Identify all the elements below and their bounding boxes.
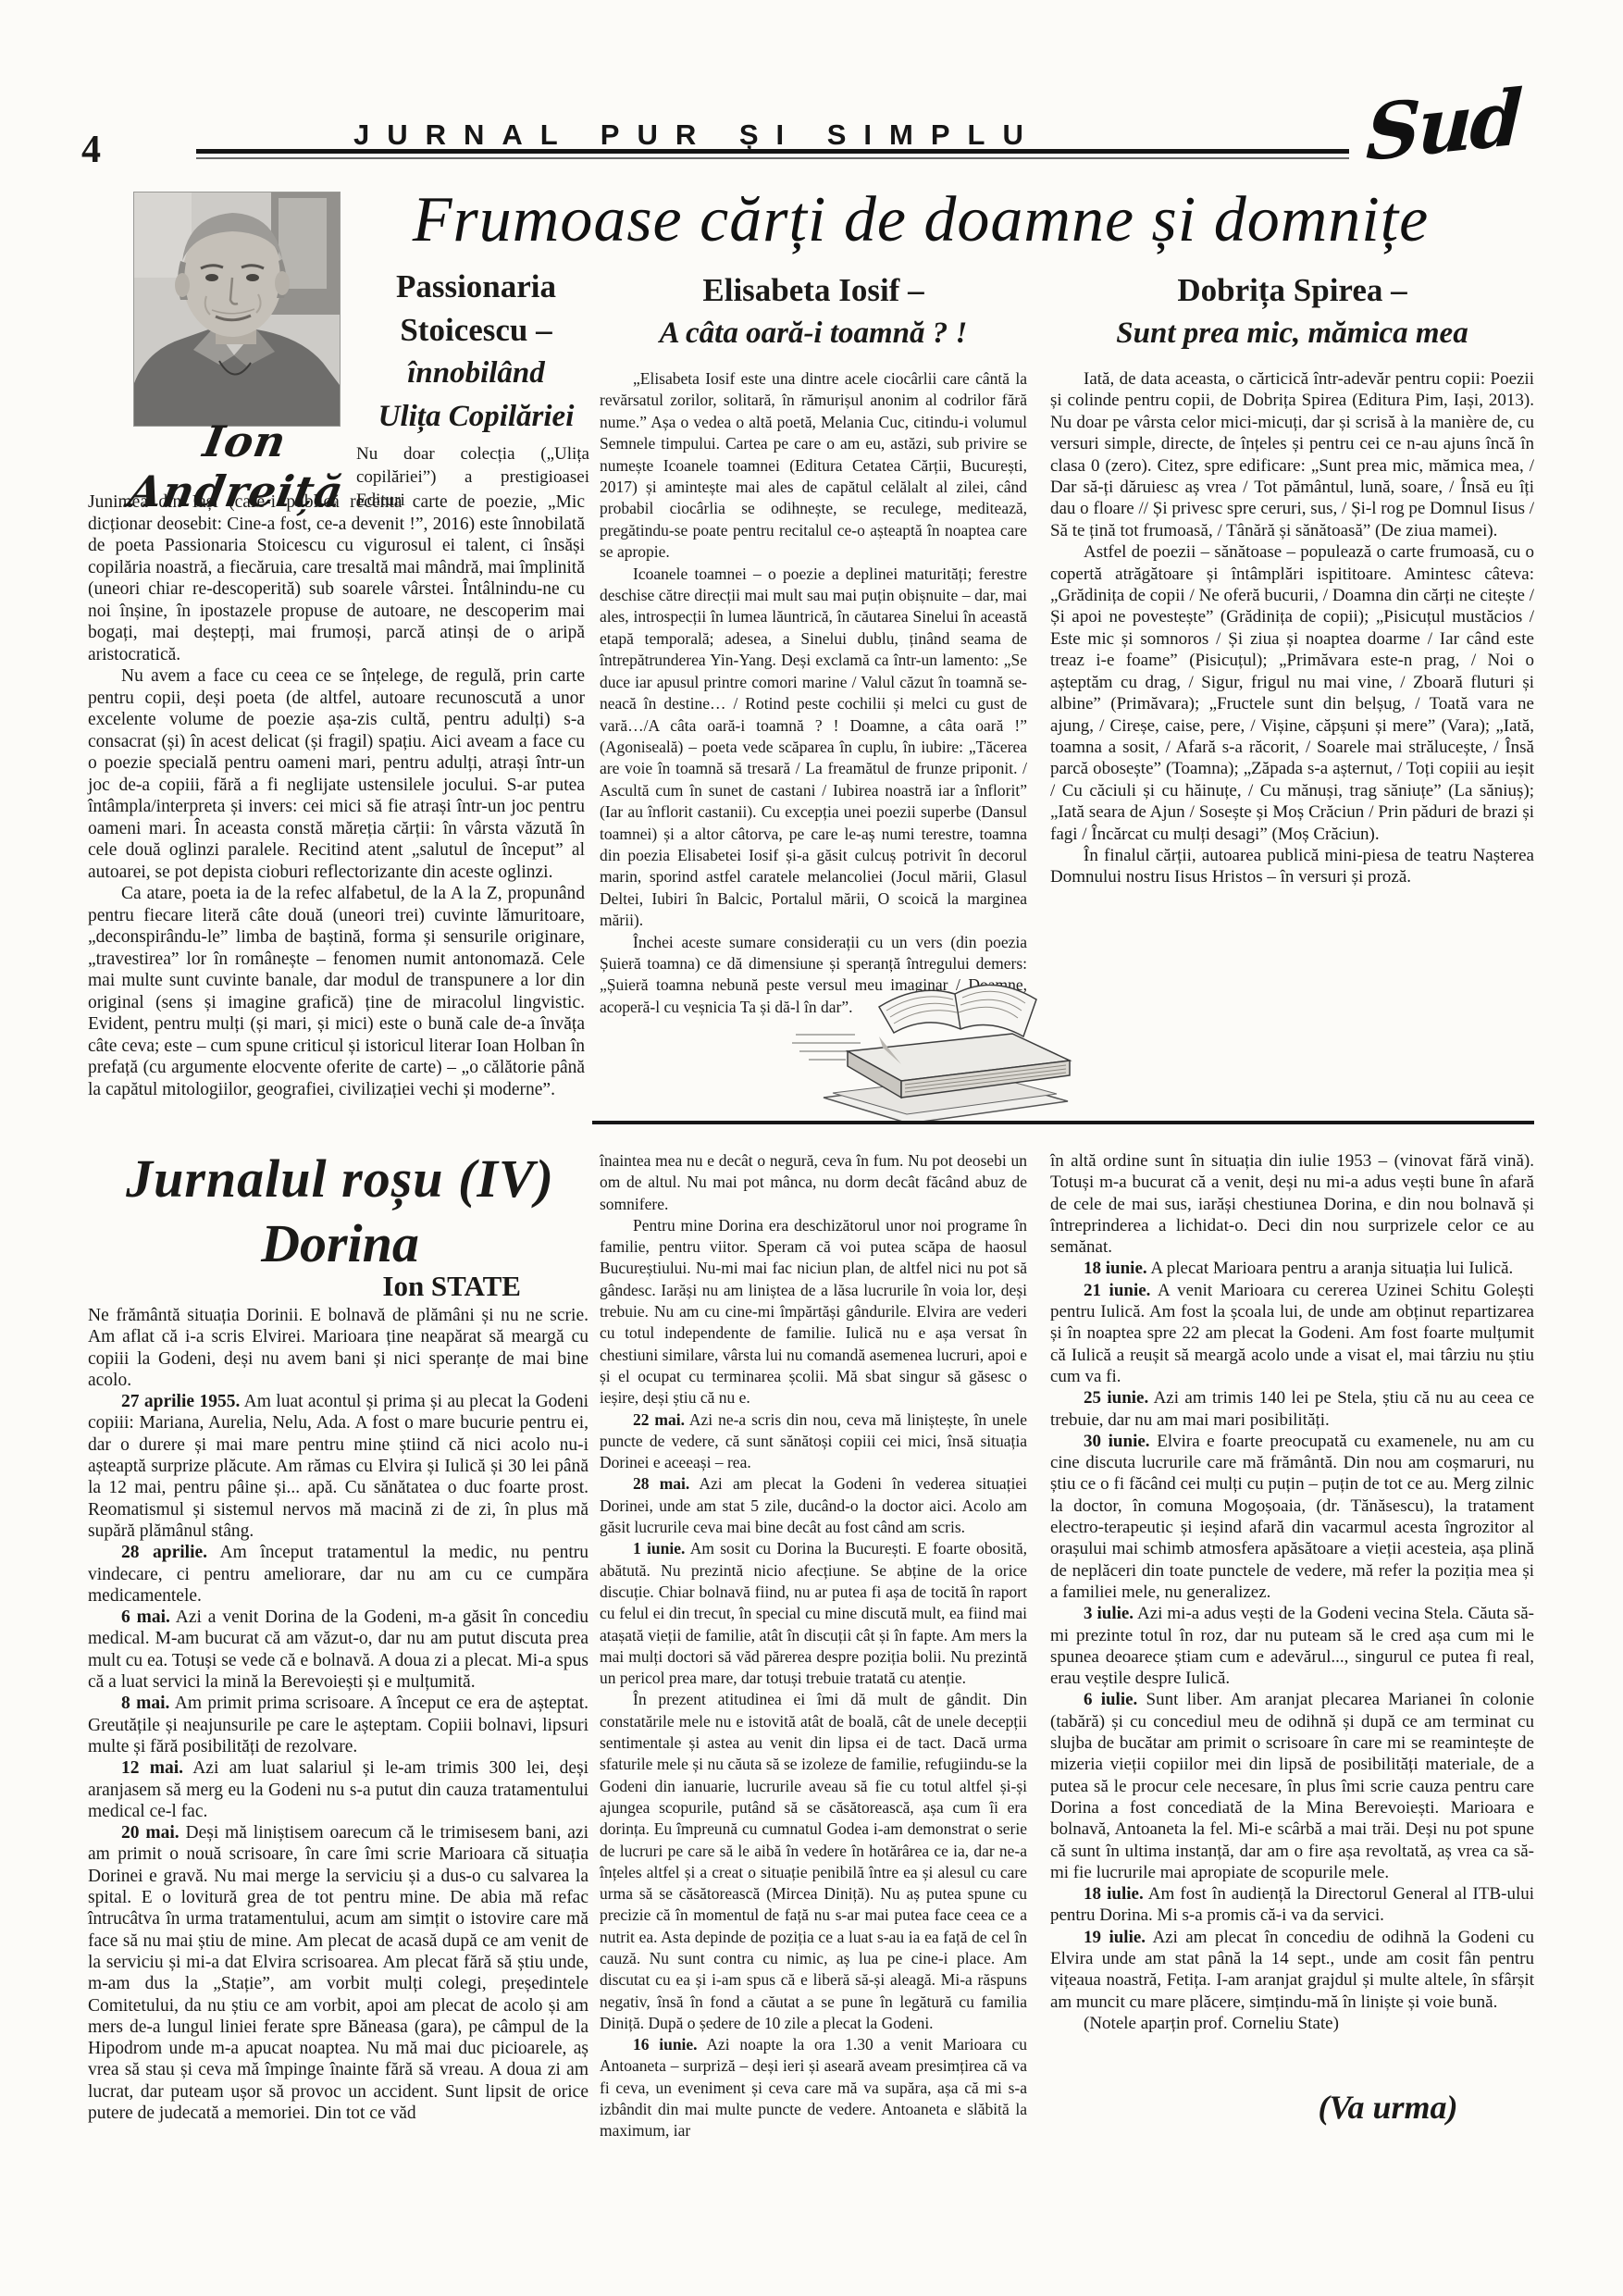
diary-entry: 6 mai. Azi a venit Dorina de la Godeni, … [88, 1607, 588, 1693]
diary-entry: 25 iunie. Azi am trimis 140 lei pe Stela… [1050, 1387, 1534, 1431]
review-2-body: „Elisabeta Iosif este una dintre acele c… [600, 368, 1027, 1018]
review-2-header: Elisabeta Iosif – A câta oară-i toamnă ?… [600, 268, 1027, 355]
author-photo [134, 192, 340, 426]
diary-entry: 30 iunie. Elvira e foarte preocupată cu … [1050, 1431, 1534, 1603]
diary-column-2: înaintea mea nu e decât o negură, ceva î… [600, 1150, 1027, 2142]
diary-entry: 22 mai. Azi ne-a scris din nou, ceva mă … [600, 1409, 1027, 1474]
review-1-title-line: Stoicescu – [344, 308, 608, 352]
diary-entry: 3 iulie. Azi mi-a adus vești de la Goden… [1050, 1603, 1534, 1689]
diary-date: 30 iunie. [1084, 1432, 1150, 1451]
diary-entry: 28 mai. Azi am plecat la Godeni în veder… [600, 1473, 1027, 1538]
footer-note: (Notele aparțin prof. Corneliu State) [1050, 2013, 1534, 2034]
diary-entry: 16 iunie. Azi noapte la ora 1.30 a venit… [600, 2034, 1027, 2141]
review-2-title: Elisabeta Iosif – [600, 268, 1027, 312]
diary-entry: 20 mai. Deși mă liniștisem oarecum că le… [88, 1822, 588, 2124]
diary-entry: 1 iunie. Am sosit cu Dorina la București… [600, 1538, 1027, 1689]
diary-date: 6 mai. [121, 1607, 170, 1627]
diary-byline: Ion STATE [88, 1270, 521, 1303]
article-paragraph: Astfel de poezii – sănătoase – populează… [1050, 541, 1534, 845]
diary-entry: În prezent atitudinea ei îmi dă mult de … [600, 1689, 1027, 2034]
review-3-subtitle: Sunt prea mic, mămica mea [1050, 312, 1534, 355]
diary-date: 3 iulie. [1084, 1604, 1134, 1623]
article-paragraph: Nu avem a face cu ceea ce se înțelege, d… [88, 665, 585, 883]
diary-entry: 18 iulie. Am fost în audiență la Directo… [1050, 1883, 1534, 1927]
lead-headline: Frumoase cărți de doamne și domnițe [389, 183, 1453, 257]
diary-entry: 19 iulie. Azi am plecat în concediu de o… [1050, 1927, 1534, 2013]
diary-entry: 12 mai. Azi am luat salariul și le-am tr… [88, 1757, 588, 1822]
diary-entry: 28 aprilie. Am început tratamentul la me… [88, 1542, 588, 1607]
article-paragraph: Junimea din Iași (care-i publică recenta… [88, 491, 585, 665]
diary-date: 20 mai. [121, 1823, 180, 1843]
newspaper-logo: Sud [1365, 73, 1522, 179]
review-1-header: Passionaria Stoicescu – înnobilând Ulița… [344, 265, 608, 439]
diary-date: 27 aprilie 1955. [121, 1392, 240, 1411]
diary-date: 28 mai. [633, 1474, 689, 1493]
section-divider-rule [592, 1121, 1534, 1124]
diary-date: 6 iulie. [1084, 1690, 1137, 1709]
diary-subtitle: Dorina [88, 1212, 592, 1274]
diary-date: 12 mai. [121, 1758, 183, 1778]
article-paragraph: În finalul cărții, autoarea publică mini… [1050, 845, 1534, 888]
review-3-title: Dobrița Spirea – [1050, 268, 1534, 312]
review-2-subtitle: A câta oară-i toamnă ? ! [600, 312, 1027, 355]
masthead-rule-thin [196, 157, 1349, 159]
diary-entry: Ne frământă situația Dorinii. E bolnavă … [88, 1305, 588, 1391]
diary-column-3: în altă ordine sunt în situația din iuli… [1050, 1150, 1534, 2034]
diary-entry: 27 aprilie 1955. Am luat acontul și prim… [88, 1391, 588, 1542]
diary-entry: 6 iulie. Sunt liber. Am aranjat plecarea… [1050, 1689, 1534, 1883]
diary-date: 18 iulie. [1084, 1884, 1144, 1904]
diary-date: 8 mai. [121, 1694, 169, 1713]
article-paragraph: Iată, de data aceasta, o cărticică într-… [1050, 368, 1534, 541]
masthead-rule [196, 149, 1349, 154]
review-3-body: Iată, de data aceasta, o cărticică într-… [1050, 368, 1534, 888]
diary-date: 22 mai. [633, 1410, 685, 1429]
page-number: 4 [81, 128, 101, 172]
article-paragraph: „Elisabeta Iosif este una dintre acele c… [600, 368, 1027, 564]
masthead-title: JURNAL PUR ȘI SIMPLU [353, 118, 1041, 152]
review-3-header: Dobrița Spirea – Sunt prea mic, mămica m… [1050, 268, 1534, 355]
continuation-note: (Va urma) [1258, 2088, 1518, 2127]
diary-date: 25 iunie. [1084, 1388, 1148, 1408]
diary-entry: Pentru mine Dorina era deschizătorul uno… [600, 1215, 1027, 1409]
newspaper-page: 4 JURNAL PUR ȘI SIMPLU Sud Frumoase cărț… [0, 0, 1623, 2296]
review-1-subtitle-line: înnobilând [344, 352, 608, 395]
diary-column-1: Ne frământă situația Dorinii. E bolnavă … [88, 1305, 588, 2124]
article-paragraph: Icoanele toamnei – o poezie a deplinei m… [600, 564, 1027, 932]
portrait-illustration [134, 192, 340, 426]
diary-entry: 18 iunie. A plecat Marioara pentru a ara… [1050, 1258, 1534, 1279]
books-illustration [790, 925, 1099, 1136]
diary-date: 16 iunie. [633, 2035, 698, 2054]
article-paragraph: Ca atare, poeta ia de la refec alfabetul… [88, 883, 585, 1100]
review-1-subtitle-line: Ulița Copilăriei [344, 395, 608, 439]
diary-date: 18 iunie. [1084, 1259, 1147, 1278]
diary-date: 28 aprilie. [121, 1543, 207, 1562]
diary-date: 1 iunie. [633, 1539, 685, 1558]
diary-entry: înaintea mea nu e decât o negură, ceva î… [600, 1150, 1027, 1215]
diary-date: 19 iulie. [1084, 1928, 1146, 1947]
diary-entry: 8 mai. Am primit prima scrisoare. A înce… [88, 1693, 588, 1757]
diary-date: 21 iunie. [1084, 1281, 1150, 1300]
diary-entry: în altă ordine sunt în situația din iuli… [1050, 1150, 1534, 1258]
review-1-title-line: Passionaria [344, 265, 608, 308]
books-sketch-icon [790, 925, 1099, 1136]
review-1-body: Junimea din Iași (care-i publică recenta… [88, 491, 585, 1100]
diary-title: Jurnalul roșu (IV) [88, 1148, 592, 1210]
diary-entry: 21 iunie. A venit Marioara cu cererea Uz… [1050, 1280, 1534, 1387]
